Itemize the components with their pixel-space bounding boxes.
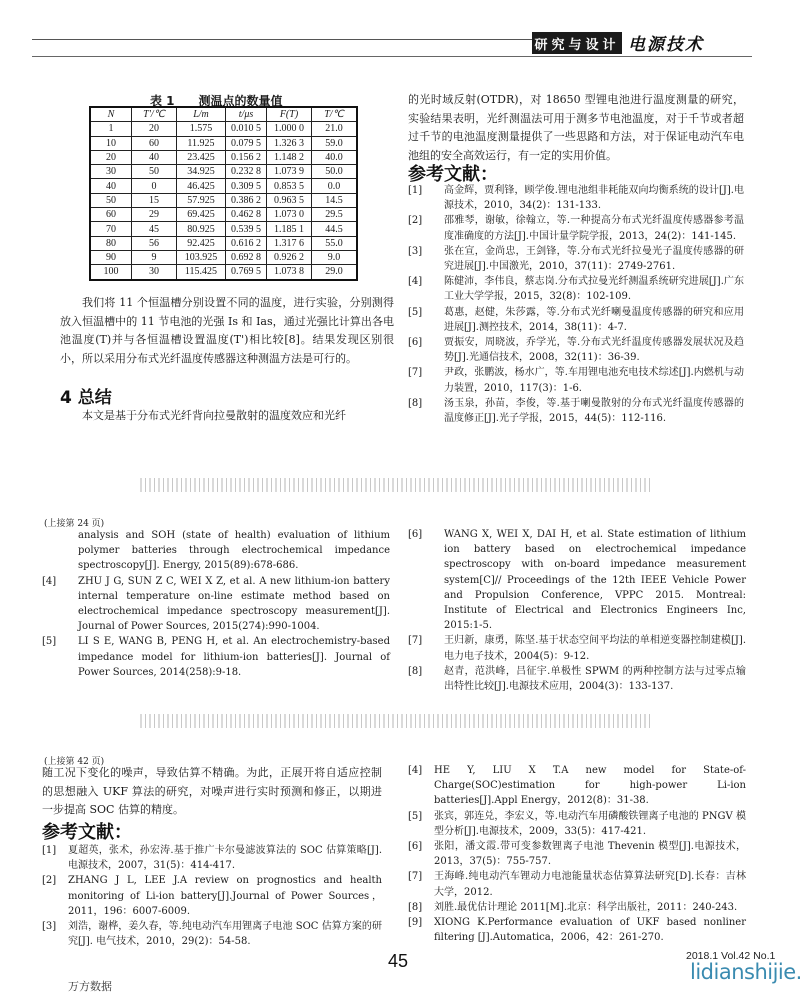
table-cell: 15: [132, 193, 177, 207]
table-cell: 1.317 6: [267, 236, 312, 250]
col-header: T/℃: [312, 107, 358, 122]
reference-item: analysis and SOH (state of health) evalu…: [42, 528, 390, 574]
reference-item: [7]王归新，康勇，陈坚.基于状态空间平均法的单相逆变器控制建模[J].电力电子…: [408, 633, 746, 663]
reference-number: [7]: [408, 869, 434, 899]
table-cell: 1.326 3: [267, 136, 312, 150]
reference-number: [5]: [42, 634, 78, 680]
table-cell: 29.0: [312, 265, 358, 280]
reference-item: [6]张阳，潘文霞.带可变参数锂离子电池 Thevenin 模型[J].电源技术…: [408, 839, 746, 869]
references-list: analysis and SOH (state of health) evalu…: [42, 528, 390, 680]
reference-item: [5]LI S E, WANG B, PENG H, et al. An ele…: [42, 634, 390, 680]
table-cell: 55.0: [312, 236, 358, 250]
header-rule-bottom: [32, 56, 752, 57]
col-header: N: [90, 107, 132, 122]
table-cell: 40.0: [312, 150, 358, 164]
table-cell: 9: [132, 250, 177, 264]
table-cell: 0.386 2: [226, 193, 267, 207]
reference-text: 高金辉，贾利锋，顾学俊.锂电池组非耗能双向均衡系统的设计[J].电源技术，201…: [444, 183, 744, 213]
reference-text: 贾振安，周晓波，乔学光，等.分布式光纤温度传感器发展状况及趋势[J].光通信技术…: [444, 335, 744, 365]
table-cell: 29.5: [312, 208, 358, 222]
summary-paragraph-start: 本文是基于分布式光纤背向拉曼散射的温度效应和光纤: [60, 407, 394, 426]
reference-number: [3]: [42, 919, 68, 949]
table-cell: 40: [132, 150, 177, 164]
references-list: [6]WANG X, WEI X, DAI H, et al. State es…: [408, 527, 746, 694]
table-row: 909103.9250.692 80.926 29.0: [90, 250, 357, 264]
watermark: lidianshijie.com: [690, 960, 800, 984]
table-cell: 103.925: [177, 250, 226, 264]
col-header: T'/℃: [132, 107, 177, 122]
reference-item: [5]葛惠，赵健，朱莎露，等.分布式光纤喇曼温度传感器的研究和应用进展[J].测…: [408, 305, 744, 335]
table-cell: 90: [90, 250, 132, 264]
table-cell: 0.616 2: [226, 236, 267, 250]
table-cell: 0.232 8: [226, 165, 267, 179]
table-row: 501557.9250.386 20.963 514.5: [90, 193, 357, 207]
table-cell: 0: [132, 179, 177, 193]
table-cell: 45: [132, 222, 177, 236]
reference-text: 葛惠，赵健，朱莎露，等.分布式光纤喇曼温度传感器的研究和应用进展[J].测控技术…: [444, 305, 744, 335]
conclusion-paragraph: 随工况下变化的噪声，导致估算不精确。为此，正展开将自适应控制的思想融入 UKF …: [42, 764, 382, 820]
reference-number: [3]: [408, 244, 444, 274]
references-list: [4]HE Y, LIU X T.A new model for State-o…: [408, 763, 746, 945]
table-cell: 46.425: [177, 179, 226, 193]
table-cell: 100: [90, 265, 132, 280]
table-cell: 44.5: [312, 222, 358, 236]
reference-text: 邵雅琴，谢敏，徐翰立，等.一种提高分布式光纤温度传感器参考温度准确度的方法[J]…: [444, 213, 744, 243]
reference-text: HE Y, LIU X T.A new model for State-of-C…: [434, 763, 746, 809]
table-cell: 21.0: [312, 122, 358, 136]
references-list: [1]高金辉，贾利锋，顾学俊.锂电池组非耗能双向均衡系统的设计[J].电源技术，…: [408, 183, 744, 426]
summary-paragraph-cont: 的光时域反射(OTDR)，对 18650 型锂电池进行温度测量的研究，实验结果表…: [408, 91, 744, 165]
table-cell: 0.010 5: [226, 122, 267, 136]
table-cell: 50: [90, 193, 132, 207]
table-cell: 0.853 5: [267, 179, 312, 193]
table-cell: 20: [132, 122, 177, 136]
reference-number: [7]: [408, 365, 444, 395]
reference-number: [4]: [408, 763, 434, 809]
reference-item: [9]XIONG K.Performance evaluation of UKF…: [408, 915, 746, 945]
header-rule-top: [32, 39, 547, 40]
table-row: 106011.9250.079 51.326 359.0: [90, 136, 357, 150]
reference-item: [1]高金辉，贾利锋，顾学俊.锂电池组非耗能双向均衡系统的设计[J].电源技术，…: [408, 183, 744, 213]
table-cell: 1.073 0: [267, 208, 312, 222]
table-cell: 0.079 5: [226, 136, 267, 150]
table-header-row: N T'/℃ L/m t/μs F(T) T/℃: [90, 107, 357, 122]
measurement-table: N T'/℃ L/m t/μs F(T) T/℃ 1201.5750.010 5…: [89, 106, 358, 281]
table-cell: 0.769 5: [226, 265, 267, 280]
reference-number: [4]: [408, 274, 444, 304]
table-cell: 34.925: [177, 165, 226, 179]
reference-item: [7]尹政，张鹏波，杨水广，等.车用锂电池充电技术综述[J].内燃机与动力装置，…: [408, 365, 744, 395]
table-cell: 1: [90, 122, 132, 136]
table-cell: 70: [90, 222, 132, 236]
reference-number: [5]: [408, 305, 444, 335]
table-cell: 60: [90, 208, 132, 222]
reference-number: [1]: [408, 183, 444, 213]
reference-text: LI S E, WANG B, PENG H, et al. An electr…: [78, 634, 390, 680]
reference-text: analysis and SOH (state of health) evalu…: [78, 528, 390, 574]
table-cell: 60: [132, 136, 177, 150]
reference-number: [6]: [408, 527, 444, 633]
reference-item: [6]贾振安，周晓波，乔学光，等.分布式光纤温度传感器发展状况及趋势[J].光通…: [408, 335, 744, 365]
reference-item: [6]WANG X, WEI X, DAI H, et al. State es…: [408, 527, 746, 633]
reference-item: [8]赵青，范洪峰，吕征宇.单极性 SPWM 的两种控制方法与过零点输出特性比较…: [408, 664, 746, 694]
table-cell: 50.0: [312, 165, 358, 179]
reference-number: [8]: [408, 664, 444, 694]
reference-item: [3]刘浩，谢桦，姜久春，等.纯电动汽车用锂离子电池 SOC 估算方案的研究[J…: [42, 919, 382, 949]
table-cell: 1.000 0: [267, 122, 312, 136]
reference-item: [1]夏超英，张术，孙宏涛.基于推广卡尔曼滤波算法的 SOC 估算策略[J].电…: [42, 843, 382, 873]
table-cell: 23.425: [177, 150, 226, 164]
reference-text: ZHU J G, SUN Z C, WEI X Z, et al. A new …: [78, 574, 390, 635]
table-cell: 0.539 5: [226, 222, 267, 236]
reference-text: 张阳，潘文霞.带可变参数锂离子电池 Thevenin 模型[J].电源技术，20…: [434, 839, 746, 869]
reference-item: [7]王海峰.纯电动汽车锂动力电池能量状态估算算法研究[D].长春：吉林大学，2…: [408, 869, 746, 899]
reference-text: 张在宣，金尚忠，王剑锋，等.分布式光纤拉曼光子温度传感器的研究进展[J].中国激…: [444, 244, 744, 274]
table-cell: 1.185 1: [267, 222, 312, 236]
section-label: 研究与设计: [532, 32, 622, 54]
table-cell: 0.309 5: [226, 179, 267, 193]
reference-item: [8]刘胜.最优估计理论 2011[M].北京：科学出版社，2011：240-2…: [408, 900, 746, 915]
reference-number: [6]: [408, 839, 434, 869]
table-cell: 0.156 2: [226, 150, 267, 164]
reference-number: [7]: [408, 633, 444, 663]
reference-item: [4]ZHU J G, SUN Z C, WEI X Z, et al. A n…: [42, 574, 390, 635]
reference-item: [2]邵雅琴，谢敏，徐翰立，等.一种提高分布式光纤温度传感器参考温度准确度的方法…: [408, 213, 744, 243]
source-label: 万方数据: [68, 978, 112, 994]
col-header: t/μs: [226, 107, 267, 122]
reference-text: 王海峰.纯电动汽车锂动力电池能量状态估算算法研究[D].长春：吉林大学，2012…: [434, 869, 746, 899]
reference-item: [8]汤玉泉，孙苗，李俊，等.基于喇曼散射的分布式光纤温度传感器的温度修正[J]…: [408, 396, 744, 426]
table-cell: 11.925: [177, 136, 226, 150]
reference-text: 陈健沛，李伟良，蔡志岗.分布式拉曼光纤测温系统研究进展[J].广东工业大学学报，…: [444, 274, 744, 304]
reference-item: [4]HE Y, LIU X T.A new model for State-o…: [408, 763, 746, 809]
reference-item: [2]ZHANG J L, LEE J.A review on prognost…: [42, 873, 382, 919]
table-cell: 40: [90, 179, 132, 193]
table-cell: 30: [132, 265, 177, 280]
reference-text: WANG X, WEI X, DAI H, et al. State estim…: [444, 527, 746, 633]
table-cell: 0.926 2: [267, 250, 312, 264]
table-cell: 0.692 8: [226, 250, 267, 264]
page-separator: [140, 714, 650, 728]
table-cell: 80.925: [177, 222, 226, 236]
journal-brand: 电源技术: [628, 30, 704, 55]
reference-number: [42, 528, 78, 574]
table-cell: 9.0: [312, 250, 358, 264]
reference-text: ZHANG J L, LEE J.A review on prognostics…: [68, 873, 382, 919]
col-header: L/m: [177, 107, 226, 122]
table-row: 805692.4250.616 21.317 655.0: [90, 236, 357, 250]
page-number: 45: [388, 951, 408, 972]
reference-text: 尹政，张鹏波，杨水广，等.车用锂电池充电技术综述[J].内燃机与动力装置，201…: [444, 365, 744, 395]
page-separator: [140, 478, 650, 492]
reference-text: 张宾，郭连兑，李宏义，等.电动汽车用磷酸铁锂离子电池的 PNGV 模型分析[J]…: [434, 809, 746, 839]
table-cell: 29: [132, 208, 177, 222]
reference-item: [5]张宾，郭连兑，李宏义，等.电动汽车用磷酸铁锂离子电池的 PNGV 模型分析…: [408, 809, 746, 839]
table-cell: 14.5: [312, 193, 358, 207]
col-header: F(T): [267, 107, 312, 122]
table-cell: 56: [132, 236, 177, 250]
table-cell: 30: [90, 165, 132, 179]
reference-text: 夏超英，张术，孙宏涛.基于推广卡尔曼滤波算法的 SOC 估算策略[J].电源技术…: [68, 843, 382, 873]
reference-number: [2]: [42, 873, 68, 919]
reference-item: [4]陈健沛，李伟良，蔡志岗.分布式拉曼光纤测温系统研究进展[J].广东工业大学…: [408, 274, 744, 304]
table-cell: 69.425: [177, 208, 226, 222]
reference-number: [2]: [408, 213, 444, 243]
table-cell: 50: [132, 165, 177, 179]
results-paragraph: 我们将 11 个恒温槽分别设置不同的温度，进行实验，分别测得放入恒温槽中的 11…: [60, 294, 394, 368]
table-body: 1201.5750.010 51.000 021.0106011.9250.07…: [90, 122, 357, 280]
table-row: 10030115.4250.769 51.073 829.0: [90, 265, 357, 280]
reference-number: [4]: [42, 574, 78, 635]
reference-number: [8]: [408, 900, 434, 915]
table-row: 305034.9250.232 81.073 950.0: [90, 165, 357, 179]
table-row: 204023.4250.156 21.148 240.0: [90, 150, 357, 164]
table-cell: 1.575: [177, 122, 226, 136]
table-cell: 10: [90, 136, 132, 150]
table-cell: 1.073 8: [267, 265, 312, 280]
reference-item: [3]张在宣，金尚忠，王剑锋，等.分布式光纤拉曼光子温度传感器的研究进展[J].…: [408, 244, 744, 274]
table-cell: 115.425: [177, 265, 226, 280]
references-heading: 参考文献：: [42, 818, 132, 844]
table-row: 40046.4250.309 50.853 50.0: [90, 179, 357, 193]
reference-number: [1]: [42, 843, 68, 873]
reference-text: 刘浩，谢桦，姜久春，等.纯电动汽车用锂离子电池 SOC 估算方案的研究[J]. …: [68, 919, 382, 949]
reference-number: [8]: [408, 396, 444, 426]
table-cell: 59.0: [312, 136, 358, 150]
reference-number: [5]: [408, 809, 434, 839]
section-heading-summary: 4 总结: [60, 383, 112, 408]
reference-text: 汤玉泉，孙苗，李俊，等.基于喇曼散射的分布式光纤温度传感器的温度修正[J].光子…: [444, 396, 744, 426]
reference-number: [6]: [408, 335, 444, 365]
table-cell: 0.963 5: [267, 193, 312, 207]
table-row: 602969.4250.462 81.073 029.5: [90, 208, 357, 222]
table-row: 704580.9250.539 51.185 144.5: [90, 222, 357, 236]
table-cell: 57.925: [177, 193, 226, 207]
table-cell: 20: [90, 150, 132, 164]
references-list: [1]夏超英，张术，孙宏涛.基于推广卡尔曼滤波算法的 SOC 估算策略[J].电…: [42, 843, 382, 949]
table-cell: 1.148 2: [267, 150, 312, 164]
reference-text: 赵青，范洪峰，吕征宇.单极性 SPWM 的两种控制方法与过零点输出特性比较[J]…: [444, 664, 746, 694]
table-cell: 80: [90, 236, 132, 250]
reference-text: 刘胜.最优估计理论 2011[M].北京：科学出版社，2011：240-243.: [434, 900, 746, 915]
table-cell: 1.073 9: [267, 165, 312, 179]
table-cell: 92.425: [177, 236, 226, 250]
table-cell: 0.0: [312, 179, 358, 193]
reference-number: [9]: [408, 915, 434, 945]
reference-text: XIONG K.Performance evaluation of UKF ba…: [434, 915, 746, 945]
table-cell: 0.462 8: [226, 208, 267, 222]
reference-text: 王归新，康勇，陈坚.基于状态空间平均法的单相逆变器控制建模[J].电力电子技术，…: [444, 633, 746, 663]
table-row: 1201.5750.010 51.000 021.0: [90, 122, 357, 136]
